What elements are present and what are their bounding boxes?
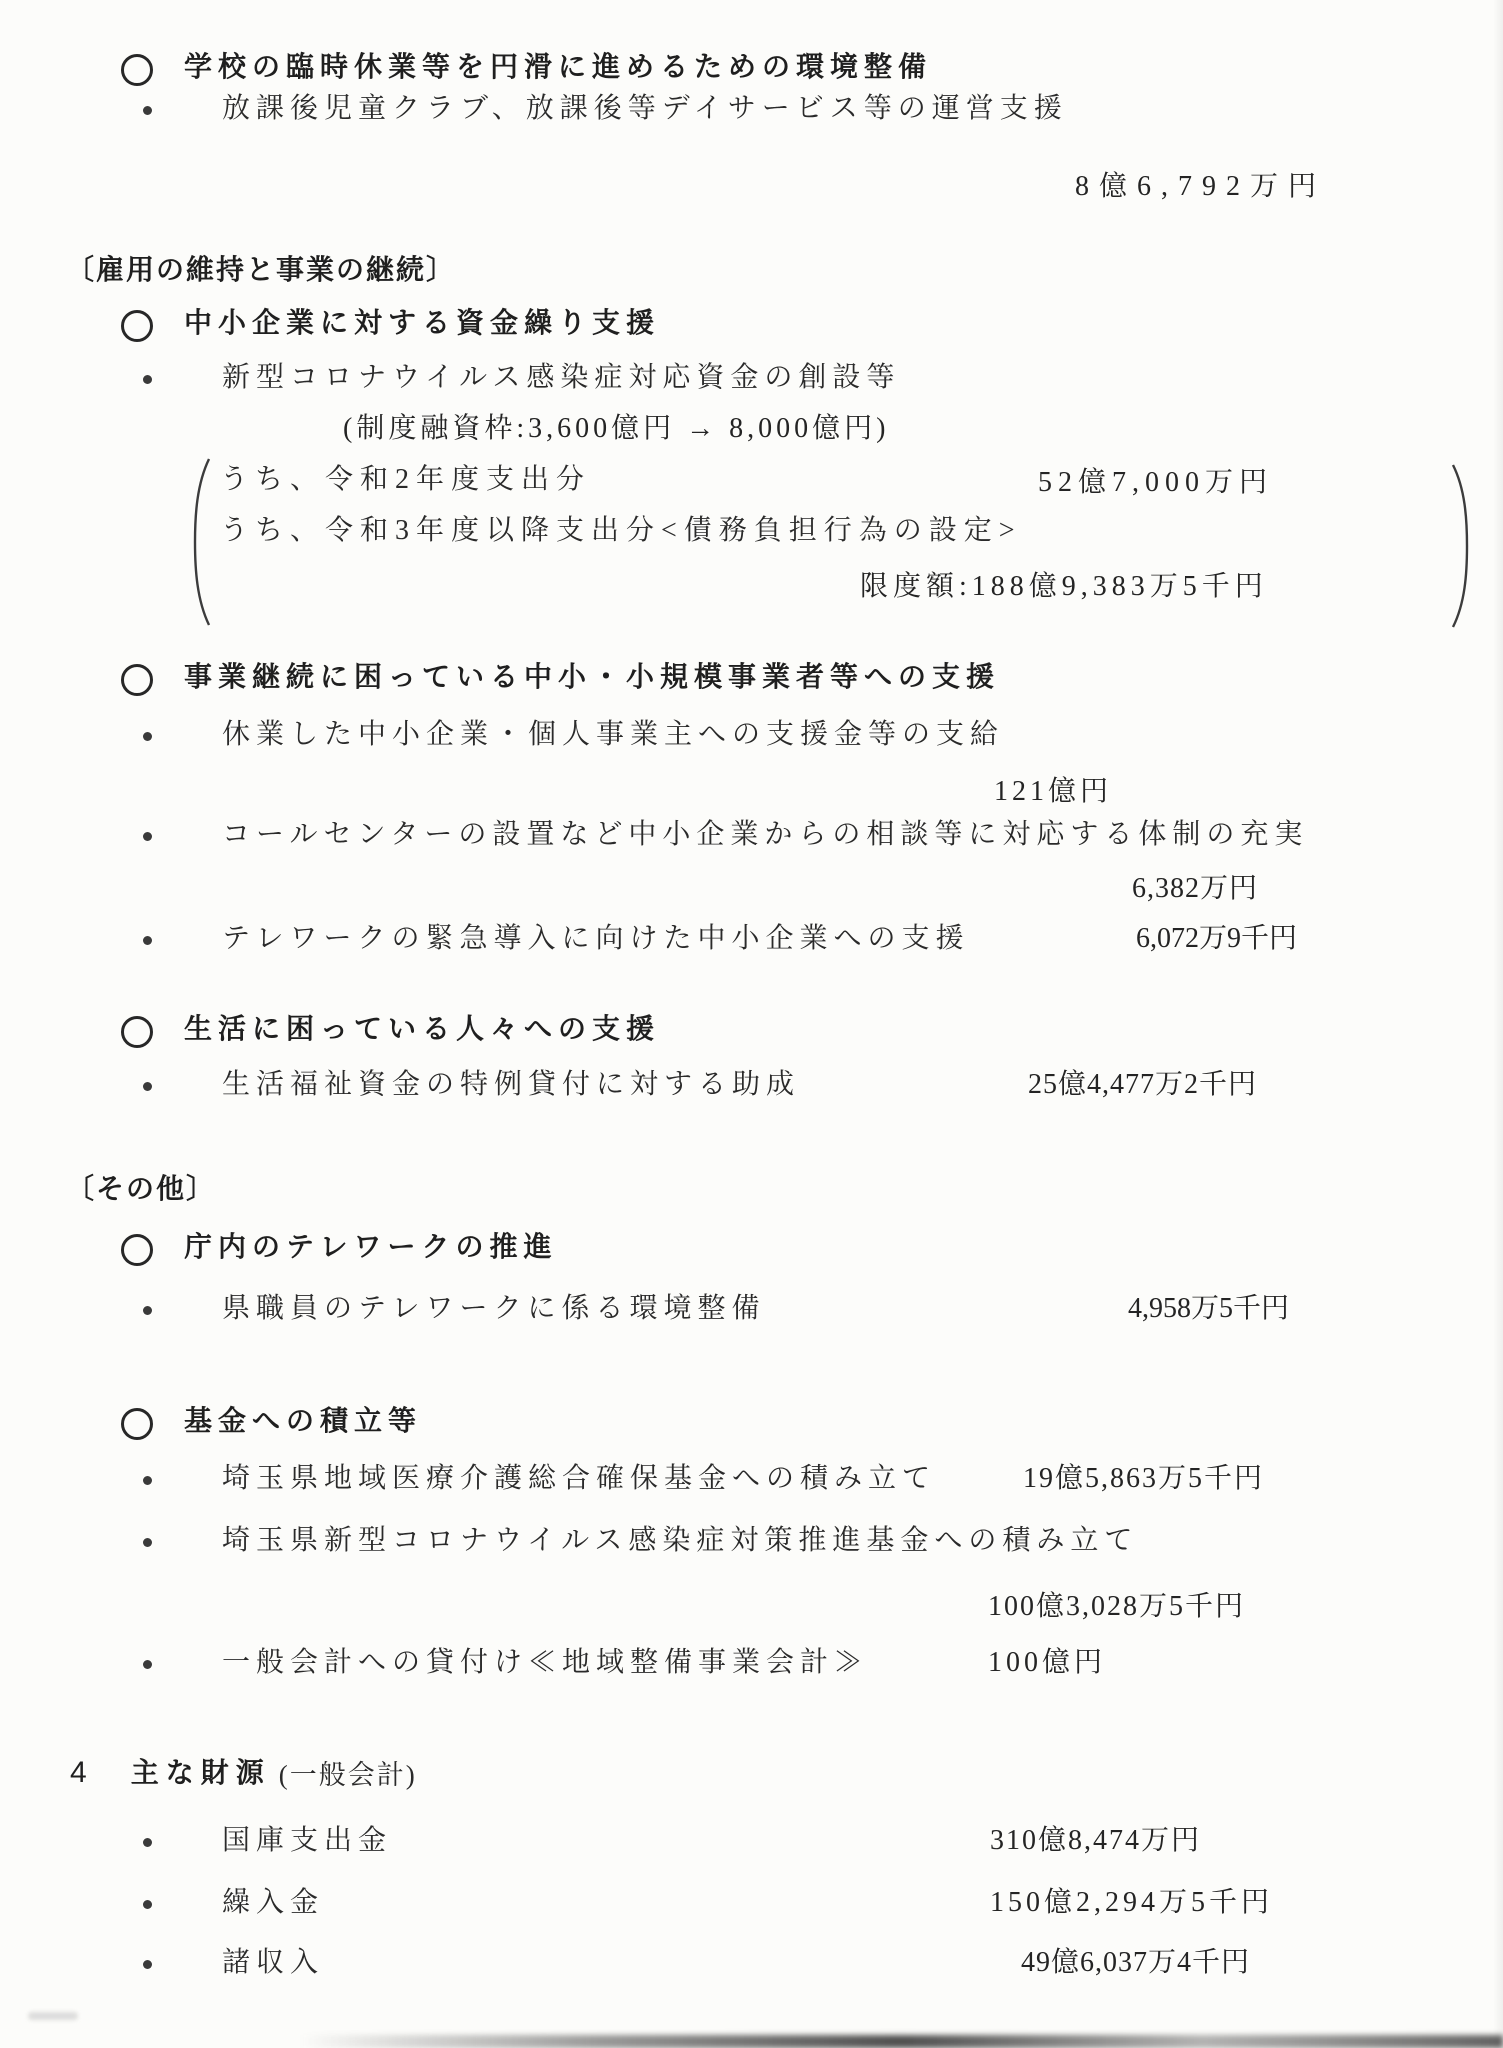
item-amount: 19億5,863万5千円 bbox=[1023, 1462, 1264, 1496]
item-text: 放課後児童クラブ、放課後等デイサービス等の運営支援 bbox=[222, 92, 1068, 126]
bullet-dot-icon bbox=[143, 375, 152, 384]
item-text: 一般会計への貸付け≪地域整備事業会計≫ bbox=[222, 1646, 868, 1680]
item-text: コールセンターの設置など中小企業からの相談等に対応する体制の充実 bbox=[222, 818, 1308, 852]
topic-title: 生活に困っている人々への支援 bbox=[184, 1012, 660, 1046]
bullet-dot-icon bbox=[143, 936, 152, 945]
item-amount: 310億8,474万円 bbox=[990, 1824, 1201, 1858]
item-amount: 8億6,792万円 bbox=[1075, 170, 1326, 204]
item-text: 埼玉県新型コロナウイルス感染症対策推進基金への積み立て bbox=[222, 1524, 1138, 1558]
circle-marker-icon bbox=[121, 1408, 153, 1440]
item-covid-promotion-fund: 埼玉県新型コロナウイルス感染症対策推進基金への積み立て bbox=[143, 1524, 1138, 1558]
bullet-dot-icon bbox=[143, 1660, 152, 1669]
bullet-dot-icon bbox=[143, 1960, 152, 1969]
topic-heading-business-continuity: 事業継続に困っている中小・小規模事業者等への支援 bbox=[121, 660, 1000, 696]
topic-title: 基金への積立等 bbox=[184, 1404, 422, 1438]
circle-marker-icon bbox=[121, 310, 153, 342]
bullet-dot-icon bbox=[143, 732, 152, 741]
item-text: 新型コロナウイルス感染症対応資金の創設等 bbox=[222, 361, 900, 395]
circle-marker-icon bbox=[121, 1016, 153, 1048]
heading-suffix: (一般会計) bbox=[279, 1758, 417, 1792]
item-call-center: コールセンターの設置など中小企業からの相談等に対応する体制の充実 bbox=[143, 818, 1308, 852]
item-welfare-loan: 生活福祉資金の特例貸付に対する助成 bbox=[143, 1068, 800, 1102]
item-amount: 4,958万5千円 bbox=[1128, 1292, 1289, 1326]
item-text: 県職員のテレワークに係る環境整備 bbox=[222, 1292, 765, 1326]
bullet-dot-icon bbox=[143, 1082, 152, 1091]
item-amount: 6,382万円 bbox=[1132, 872, 1258, 906]
group-label-others: 〔その他〕 bbox=[66, 1172, 216, 1206]
bullet-dot-icon bbox=[143, 1306, 152, 1315]
item-text: 生活福祉資金の特例貸付に対する助成 bbox=[222, 1068, 800, 1102]
item-afterschool-support: 放課後児童クラブ、放課後等デイサービス等の運営支援 bbox=[143, 92, 1068, 126]
numbered-heading-revenue: 4 主な財源 (一般会計) bbox=[70, 1756, 417, 1792]
heading-number: 4 bbox=[70, 1756, 87, 1790]
item-amount: 25億4,477万2千円 bbox=[1028, 1068, 1257, 1102]
topic-title: 中小企業に対する資金繰り支援 bbox=[184, 306, 660, 340]
item-text: 埼玉県地域医療介護総合確保基金への積み立て bbox=[222, 1462, 936, 1496]
topic-heading-funds: 基金への積立等 bbox=[121, 1404, 422, 1440]
item-amount: 100億3,028万5千円 bbox=[988, 1590, 1245, 1624]
item-transfer-income: 繰入金 bbox=[143, 1886, 324, 1920]
item-text: テレワークの緊急導入に向けた中小企業への支援 bbox=[222, 922, 969, 956]
breakdown-limit-amount: 限度額:188億9,383万5千円 bbox=[860, 570, 1268, 604]
topic-title: 事業継続に困っている中小・小規模事業者等への支援 bbox=[184, 660, 1000, 694]
bullet-dot-icon bbox=[143, 1900, 152, 1909]
circle-marker-icon bbox=[121, 664, 153, 696]
bullet-dot-icon bbox=[143, 832, 152, 841]
item-closure-benefit: 休業した中小企業・個人事業主への支援金等の支給 bbox=[143, 718, 1004, 752]
topic-heading-office-telework: 庁内のテレワークの推進 bbox=[121, 1230, 557, 1266]
item-misc-income: 諸収入 bbox=[143, 1946, 324, 1980]
scan-artifact-speck bbox=[28, 2012, 78, 2020]
item-medical-care-fund: 埼玉県地域医療介護総合確保基金への積み立て bbox=[143, 1462, 936, 1496]
bullet-dot-icon bbox=[143, 106, 152, 115]
item-text: 休業した中小企業・個人事業主への支援金等の支給 bbox=[222, 718, 1004, 752]
item-national-treasury: 国庫支出金 bbox=[143, 1824, 392, 1858]
bullet-dot-icon bbox=[143, 1838, 152, 1847]
topic-title: 学校の臨時休業等を円滑に進めるための環境整備 bbox=[184, 50, 932, 84]
group-label-employment: 〔雇用の維持と事業の継続〕 bbox=[66, 253, 456, 287]
breakdown-r3-text: うち、令和3年度以降支出分<債務負担行為の設定> bbox=[220, 514, 1022, 548]
bullet-dot-icon bbox=[143, 1538, 152, 1547]
item-general-account-loan: 一般会計への貸付け≪地域整備事業会計≫ bbox=[143, 1646, 868, 1680]
breakdown-r2-text: うち、令和2年度支出分 bbox=[220, 463, 591, 497]
bullet-dot-icon bbox=[143, 1476, 152, 1485]
item-amount: 121億円 bbox=[994, 775, 1112, 809]
item-covid-fund: 新型コロナウイルス感染症対応資金の創設等 bbox=[143, 361, 900, 395]
item-amount: 100億円 bbox=[988, 1646, 1106, 1680]
scanned-budget-document-page: 学校の臨時休業等を円滑に進めるための環境整備 放課後児童クラブ、放課後等デイサー… bbox=[0, 0, 1503, 2048]
topic-heading-school: 学校の臨時休業等を円滑に進めるための環境整備 bbox=[121, 50, 932, 86]
topic-heading-livelihood: 生活に困っている人々への支援 bbox=[121, 1012, 660, 1048]
topic-title: 庁内のテレワークの推進 bbox=[184, 1230, 557, 1264]
item-amount: 150億2,294万5千円 bbox=[990, 1886, 1273, 1920]
circle-marker-icon bbox=[121, 1234, 153, 1266]
scan-artifact-bottom-edge bbox=[300, 2035, 1503, 2048]
item-staff-telework: 県職員のテレワークに係る環境整備 bbox=[143, 1292, 765, 1326]
item-text: 国庫支出金 bbox=[222, 1824, 392, 1858]
breakdown-r2-amount: 52億7,000万円 bbox=[1038, 466, 1273, 500]
loan-frame-note: (制度融資枠:3,600億円 → 8,000億円) bbox=[343, 412, 889, 446]
item-text: 繰入金 bbox=[222, 1886, 324, 1920]
item-text: 諸収入 bbox=[222, 1946, 324, 1980]
circle-marker-icon bbox=[121, 54, 153, 86]
item-telework-sme: テレワークの緊急導入に向けた中小企業への支援 bbox=[143, 922, 969, 956]
topic-heading-sme-financing: 中小企業に対する資金繰り支援 bbox=[121, 306, 660, 342]
item-amount: 6,072万9千円 bbox=[1136, 922, 1297, 956]
heading-title: 主な財源 bbox=[131, 1756, 271, 1790]
item-amount: 49億6,037万4千円 bbox=[1021, 1946, 1250, 1980]
group-bracket-left bbox=[188, 456, 212, 633]
group-bracket-right bbox=[1450, 462, 1474, 635]
